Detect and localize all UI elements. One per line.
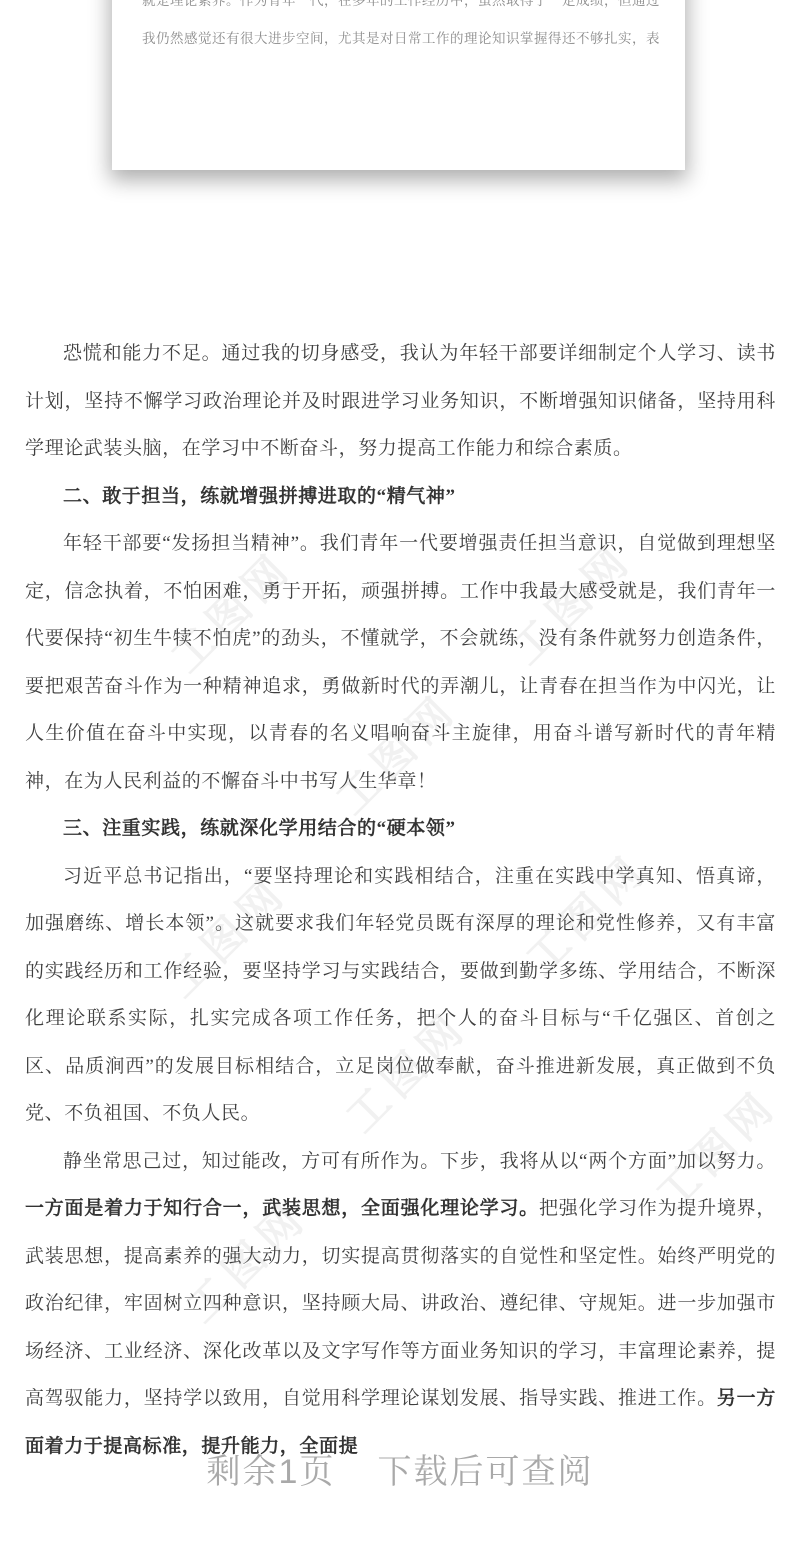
para4-normal-run-2: 把强化学习作为提升境界，武装思想，提高素养的强大动力，切实提高贯彻落实的自觉性和…: [25, 1198, 776, 1409]
para4-normal-run-1: 静坐常思己过，知过能改，方可有所作为。下步，我将从以“两个方面”加以努力。: [63, 1151, 776, 1172]
document-page-2-preview: 恐慌和能力不足。通过我的切身感受，我认为年轻干部要详细制定个人学习、读书计划，坚…: [25, 330, 776, 1470]
page-1-clipped-line: 就是理论素养。作为青年一代，在多年的工作经历中，虽然取得了一定成绩，但通过对照检…: [142, 0, 659, 20]
preview-footer-notice: 剩余1页下载后可查阅: [0, 1444, 800, 1493]
paragraph-practice: 习近平总书记指出，“要坚持理论和实践相结合，注重在实践中学真知、悟真谛，加强磨练…: [25, 853, 776, 1138]
paragraph-two-aspects: 静坐常思己过，知过能改，方可有所作为。下步，我将从以“两个方面”加以努力。一方面…: [25, 1138, 776, 1471]
document-page-1-preview: 就是理论素养。作为青年一代，在多年的工作经历中，虽然取得了一定成绩，但通过对照检…: [112, 0, 685, 170]
section-heading-2: 二、敢于担当，练就增强拼搏进取的“精气神”: [25, 473, 776, 521]
page-1-tail-text: 就是理论素养。作为青年一代，在多年的工作经历中，虽然取得了一定成绩，但通过对照检…: [142, 0, 659, 58]
page-1-last-line: 我仍然感觉还有很大进步空间，尤其是对日常工作的理论知识掌握得还不够扎实，表现出本…: [142, 20, 659, 58]
para4-bold-run-1: 一方面是着力于知行合一，武装思想，全面强化理论学习。: [25, 1198, 539, 1219]
remaining-pages-label: 剩余1页: [207, 1453, 336, 1491]
paragraph-dare-to-act: 年轻干部要“发扬担当精神”。我们青年一代要增强责任担当意识，自觉做到理想坚定，信…: [25, 520, 776, 805]
download-hint-label: 下载后可查阅: [377, 1453, 593, 1491]
section-heading-3: 三、注重实践，练就深化学用结合的“硬本领”: [25, 805, 776, 853]
paragraph-learning-conclusion: 恐慌和能力不足。通过我的切身感受，我认为年轻干部要详细制定个人学习、读书计划，坚…: [25, 330, 776, 473]
